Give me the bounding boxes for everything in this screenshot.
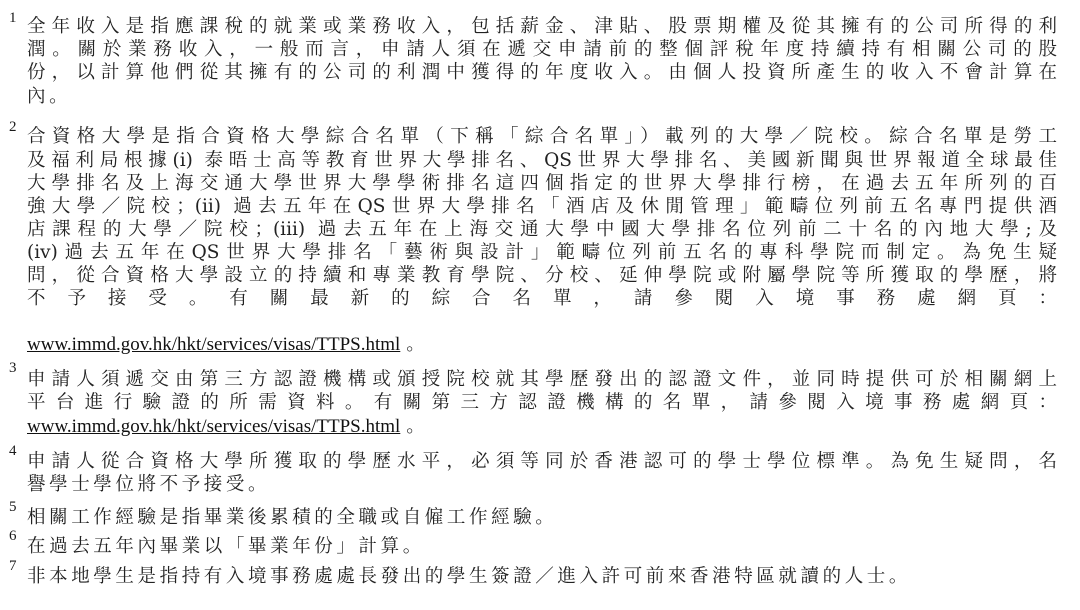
footnote-marker: 5 bbox=[9, 499, 17, 516]
link-suffix: 。 bbox=[400, 416, 424, 437]
footnote-marker: 4 bbox=[9, 443, 17, 460]
footnote-line: 申請人從合資格大學所獲取的學歷水平，必須等同於香港認可的學士學位標準。為免生疑問… bbox=[27, 451, 1057, 473]
footnote-line: 全年收入是指應課稅的就業或業務收入，包括薪金、津貼、股票期權及從其擁有的公司所得… bbox=[27, 16, 1057, 38]
link-suffix: 。 bbox=[400, 334, 424, 355]
footnote-line: 內。 bbox=[27, 86, 1057, 108]
footnotes-document: 1 全年收入是指應課稅的就業或業務收入，包括薪金、津貼、股票期權及從其擁有的公司… bbox=[0, 0, 1080, 610]
footnote-line: 大學排名及上海交通大學世界大學學術排名這四個指定的世界大學排行榜，在過去五年所列… bbox=[27, 173, 1057, 195]
immd-ttps-link[interactable]: www.immd.gov.hk/hkt/services/visas/TTPS.… bbox=[27, 334, 400, 355]
footnote-line: 在過去五年內畢業以「畢業年份」計算。 bbox=[27, 536, 1057, 558]
footnote-line: 申請人須遞交由第三方認證機構或頒授院校就其學歷發出的認證文件，並同時提供可於相關… bbox=[27, 369, 1057, 391]
footnote-line: 問，從合資格大學設立的持續和專業教育學院、分校、延伸學院或附屬學院等所獲取的學歷… bbox=[27, 265, 1057, 287]
footnote-line: 強大學／院校；(ii) 過去五年在QS世界大學排名「酒店及休閒管理」範疇位列前五… bbox=[27, 196, 1057, 218]
footnote-marker: 2 bbox=[9, 119, 17, 136]
footnote-marker: 3 bbox=[9, 360, 17, 377]
footnote-line: 不予接受。有關最新的綜合名單，請參閱入境事務處網頁： bbox=[27, 288, 1057, 310]
footnote-link-line: www.immd.gov.hk/hkt/services/visas/TTPS.… bbox=[27, 416, 1057, 438]
footnote-line: 非本地學生是指持有入境事務處處長發出的學生簽證／進入許可前來香港特區就讀的人士。 bbox=[27, 566, 1057, 588]
footnote-line: 相關工作經驗是指畢業後累積的全職或自僱工作經驗。 bbox=[27, 507, 1057, 529]
footnote-link-line: www.immd.gov.hk/hkt/services/visas/TTPS.… bbox=[27, 334, 1057, 356]
immd-ttps-link[interactable]: www.immd.gov.hk/hkt/services/visas/TTPS.… bbox=[27, 416, 400, 437]
footnote-line: (iv)過去五年在QS世界大學排名「藝術與設計」範疇位列前五名的專科學院而制定。… bbox=[27, 242, 1057, 264]
footnote-marker: 1 bbox=[9, 10, 17, 27]
footnote-line: 及福利局根據(i) 泰晤士高等教育世界大學排名、QS世界大學排名、美國新聞與世界… bbox=[27, 150, 1057, 172]
footnote-line: 平台進行驗證的所需資料。有關第三方認證機構的名單，請參閱入境事務處網頁： bbox=[27, 392, 1057, 414]
footnote-marker: 7 bbox=[9, 558, 17, 575]
footnote-line: 份，以計算他們從其擁有的公司的利潤中獲得的年度收入。由個人投資所產生的收入不會計… bbox=[27, 62, 1057, 84]
footnote-line: 潤。關於業務收入，一般而言，申請人須在遞交申請前的整個評稅年度持續持有相關公司的… bbox=[27, 39, 1057, 61]
footnote-line: 店課程的大學／院校；(iii) 過去五年在上海交通大學中國大學排名位列前二十名的… bbox=[27, 219, 1057, 241]
footnote-line: 合資格大學是指合資格大學綜合名單（下稱「綜合名單」）載列的大學／院校。綜合名單是… bbox=[27, 126, 1057, 148]
footnote-marker: 6 bbox=[9, 528, 17, 545]
footnote-line: 譽學士學位將不予接受。 bbox=[27, 474, 1057, 496]
